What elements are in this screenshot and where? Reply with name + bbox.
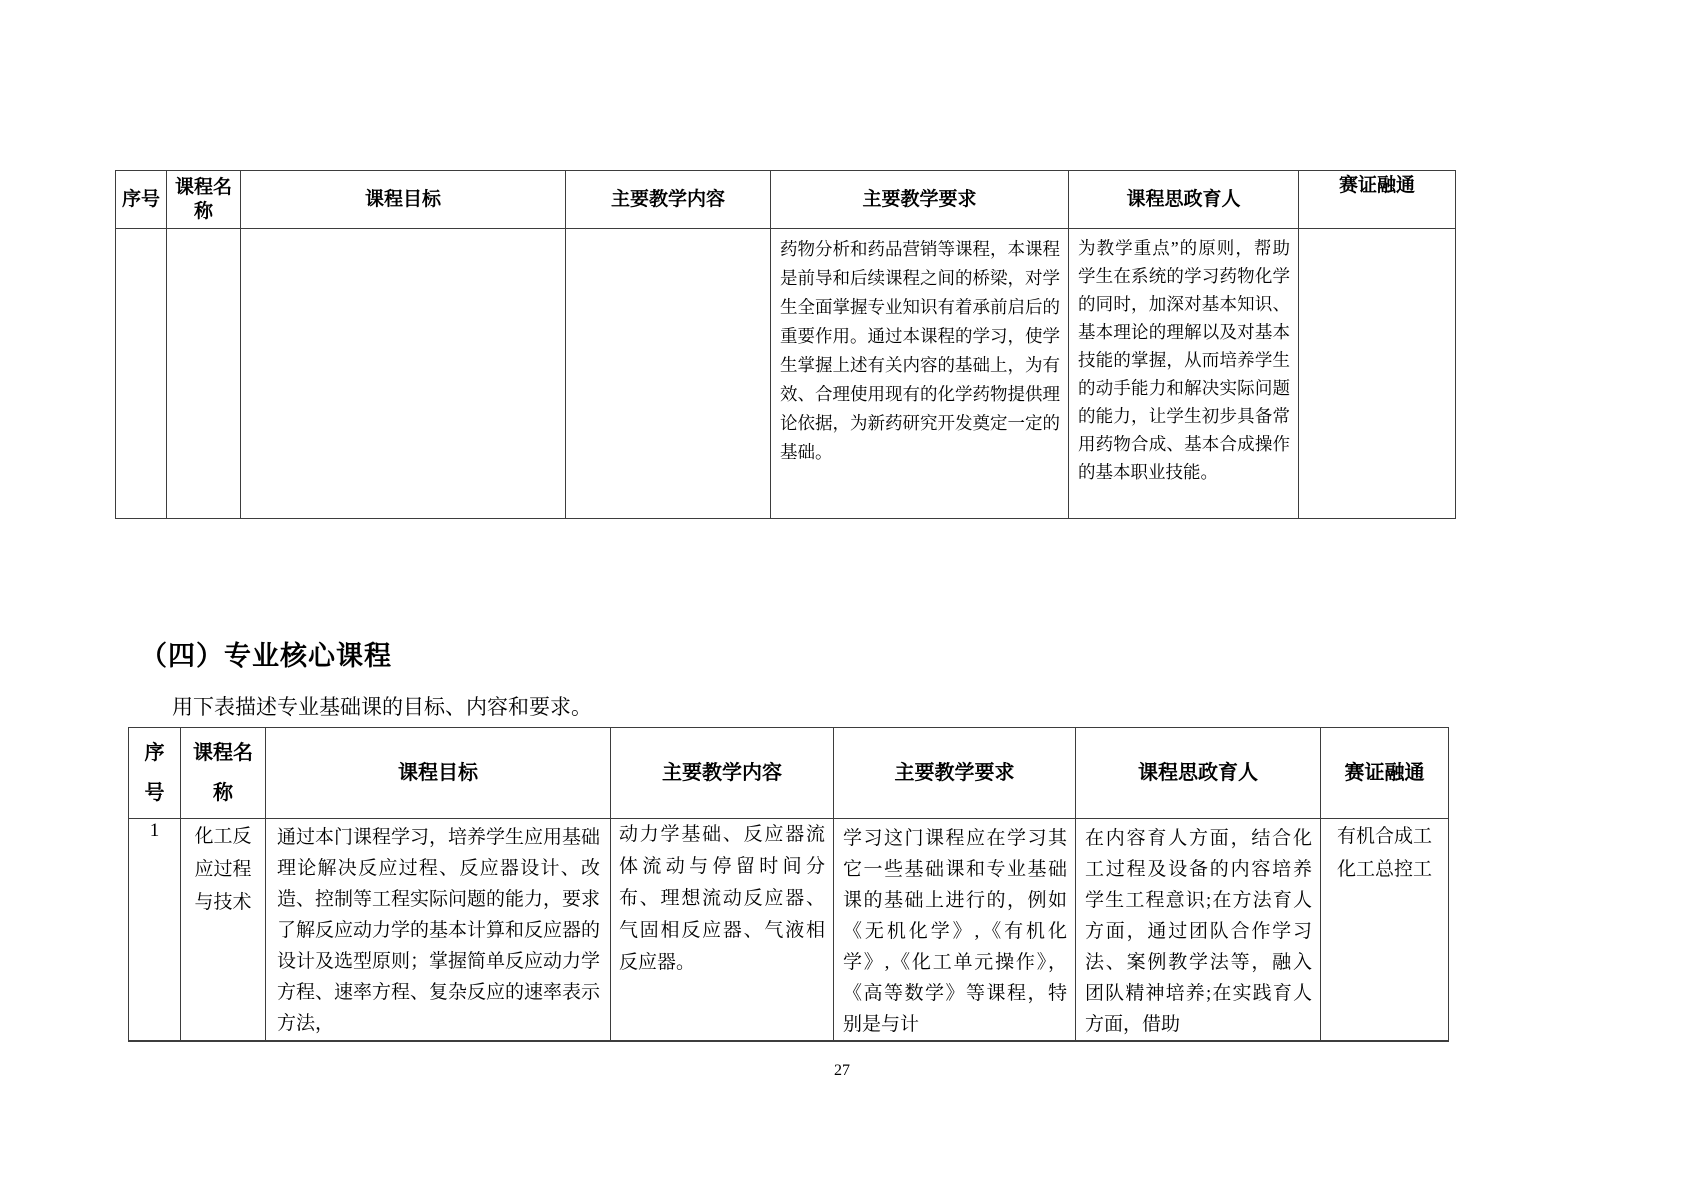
table-header-row: 序号 课程名 称 课程目标 主要教学内容 主要教学要求 课程思政育人 赛证融通 <box>116 171 1456 229</box>
cell-certification <box>1299 229 1456 519</box>
header-course-name: 课程名 称 <box>167 171 241 229</box>
header-course-name: 课程名 称 <box>181 728 266 819</box>
cell-ideology: 在内容育人方面，结合化工过程及设备的内容培养学生工程意识;在方法育人方面，通过团… <box>1076 819 1321 1042</box>
header-teaching-requirement: 主要教学要求 <box>834 728 1076 819</box>
cell-course-name <box>167 229 241 519</box>
page-number: 27 <box>0 1062 1684 1080</box>
document-page: 序号 课程名 称 课程目标 主要教学内容 主要教学要求 课程思政育人 赛证融通 … <box>0 0 1684 1191</box>
cell-teaching-content <box>566 229 771 519</box>
cell-teaching-requirement: 药物分析和药品营销等课程，本课程是前导和后续课程之间的桥梁，对学生全面掌握专业知… <box>771 229 1069 519</box>
header-seq: 序号 <box>116 171 167 229</box>
cell-seq <box>116 229 167 519</box>
header-teaching-requirement: 主要教学要求 <box>771 171 1069 229</box>
header-ideology: 课程思政育人 <box>1069 171 1299 229</box>
cell-teaching-requirement: 学习这门课程应在学习其它一些基础课和专业基础课的基础上进行的，例如《无机化学》,… <box>834 819 1076 1042</box>
section-intro-text: 用下表描述专业基础课的目标、内容和要求。 <box>172 691 592 721</box>
table-header-row: 序 号 课程名 称 课程目标 主要教学内容 主要教学要求 课程思政育人 赛证融通 <box>129 728 1449 819</box>
core-course-table: 序 号 课程名 称 课程目标 主要教学内容 主要教学要求 课程思政育人 赛证融通… <box>128 727 1449 1042</box>
cell-teaching-content: 动力学基础、反应器流体流动与停留时间分布、理想流动反应器、气固相反应器、气液相反… <box>611 819 834 1042</box>
cell-course-goal: 通过本门课程学习，培养学生应用基础理论解决反应过程、反应器设计、改造、控制等工程… <box>266 819 611 1042</box>
header-teaching-content: 主要教学内容 <box>566 171 771 229</box>
table-row: 药物分析和药品营销等课程，本课程是前导和后续课程之间的桥梁，对学生全面掌握专业知… <box>116 229 1456 519</box>
header-certification: 赛证融通 <box>1321 728 1449 819</box>
table-row: 1 化工反 应过程 与技术 通过本门课程学习，培养学生应用基础理论解决反应过程、… <box>129 819 1449 1042</box>
header-ideology: 课程思政育人 <box>1076 728 1321 819</box>
section-heading: （四）专业核心课程 <box>140 634 392 673</box>
cell-certification: 有机合成工 化工总控工 <box>1321 819 1449 1042</box>
course-table-continued: 序号 课程名 称 课程目标 主要教学内容 主要教学要求 课程思政育人 赛证融通 … <box>115 170 1456 519</box>
cell-ideology: 为教学重点”的原则，帮助学生在系统的学习药物化学的同时，加深对基本知识、基本理论… <box>1069 229 1299 519</box>
cell-course-name: 化工反 应过程 与技术 <box>181 819 266 1042</box>
header-course-goal: 课程目标 <box>241 171 566 229</box>
header-seq: 序 号 <box>129 728 181 819</box>
header-certification: 赛证融通 <box>1299 171 1456 229</box>
cell-course-goal <box>241 229 566 519</box>
header-teaching-content: 主要教学内容 <box>611 728 834 819</box>
cell-seq: 1 <box>129 819 181 1042</box>
header-course-goal: 课程目标 <box>266 728 611 819</box>
